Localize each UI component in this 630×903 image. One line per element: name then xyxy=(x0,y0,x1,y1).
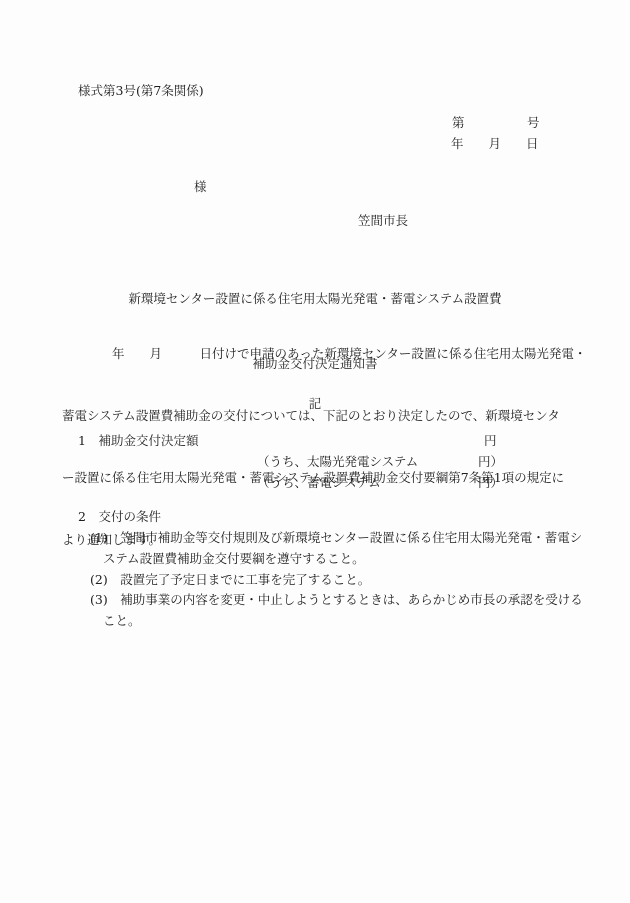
condition-1-line2: ステム設置費補助金交付要綱を遵守すること。 xyxy=(103,549,365,567)
body-line: 年 月 日付けで申請のあった新環境センター設置に係る住宅用太陽光発電・ xyxy=(62,344,586,365)
condition-3-line2: こと。 xyxy=(103,611,141,629)
condition-2-line1: (2) 設置完了予定日までに工事を完了すること。 xyxy=(90,570,370,588)
document-page: 様式第3号(第7条関係) 第 号 年 月 日 様 笠間市長 新環境センター設置に… xyxy=(0,0,630,903)
sender-mayor-name: 笠間市長 xyxy=(358,211,408,229)
breakdown-solar-label: （うち、太陽光発電システム xyxy=(257,452,418,470)
breakdown-battery-label: （うち、蓄電システム xyxy=(257,473,381,491)
document-date-line: 年 月 日 xyxy=(451,134,539,152)
item2-heading: 2 交付の条件 xyxy=(78,507,161,525)
breakdown-solar-unit: 円） xyxy=(478,452,503,470)
item1-amount-unit: 円 xyxy=(484,431,497,449)
breakdown-battery-unit: 円） xyxy=(478,473,503,491)
addressee-honorific: 様 xyxy=(194,177,207,195)
document-number-line: 第 号 xyxy=(452,113,540,131)
condition-1-line1: (1) 笠間市補助金等交付規則及び新環境センター設置に係る住宅用太陽光発電・蓄電… xyxy=(90,528,582,546)
notation-marker-ki: 記 xyxy=(0,394,630,412)
item1-heading: 1 補助金交付決定額 xyxy=(78,431,198,449)
form-number-label: 様式第3号(第7条関係) xyxy=(78,81,204,99)
condition-3-line1: (3) 補助事業の内容を変更・中止しようとするときは、あらかじめ市長の承認を受け… xyxy=(90,590,583,608)
